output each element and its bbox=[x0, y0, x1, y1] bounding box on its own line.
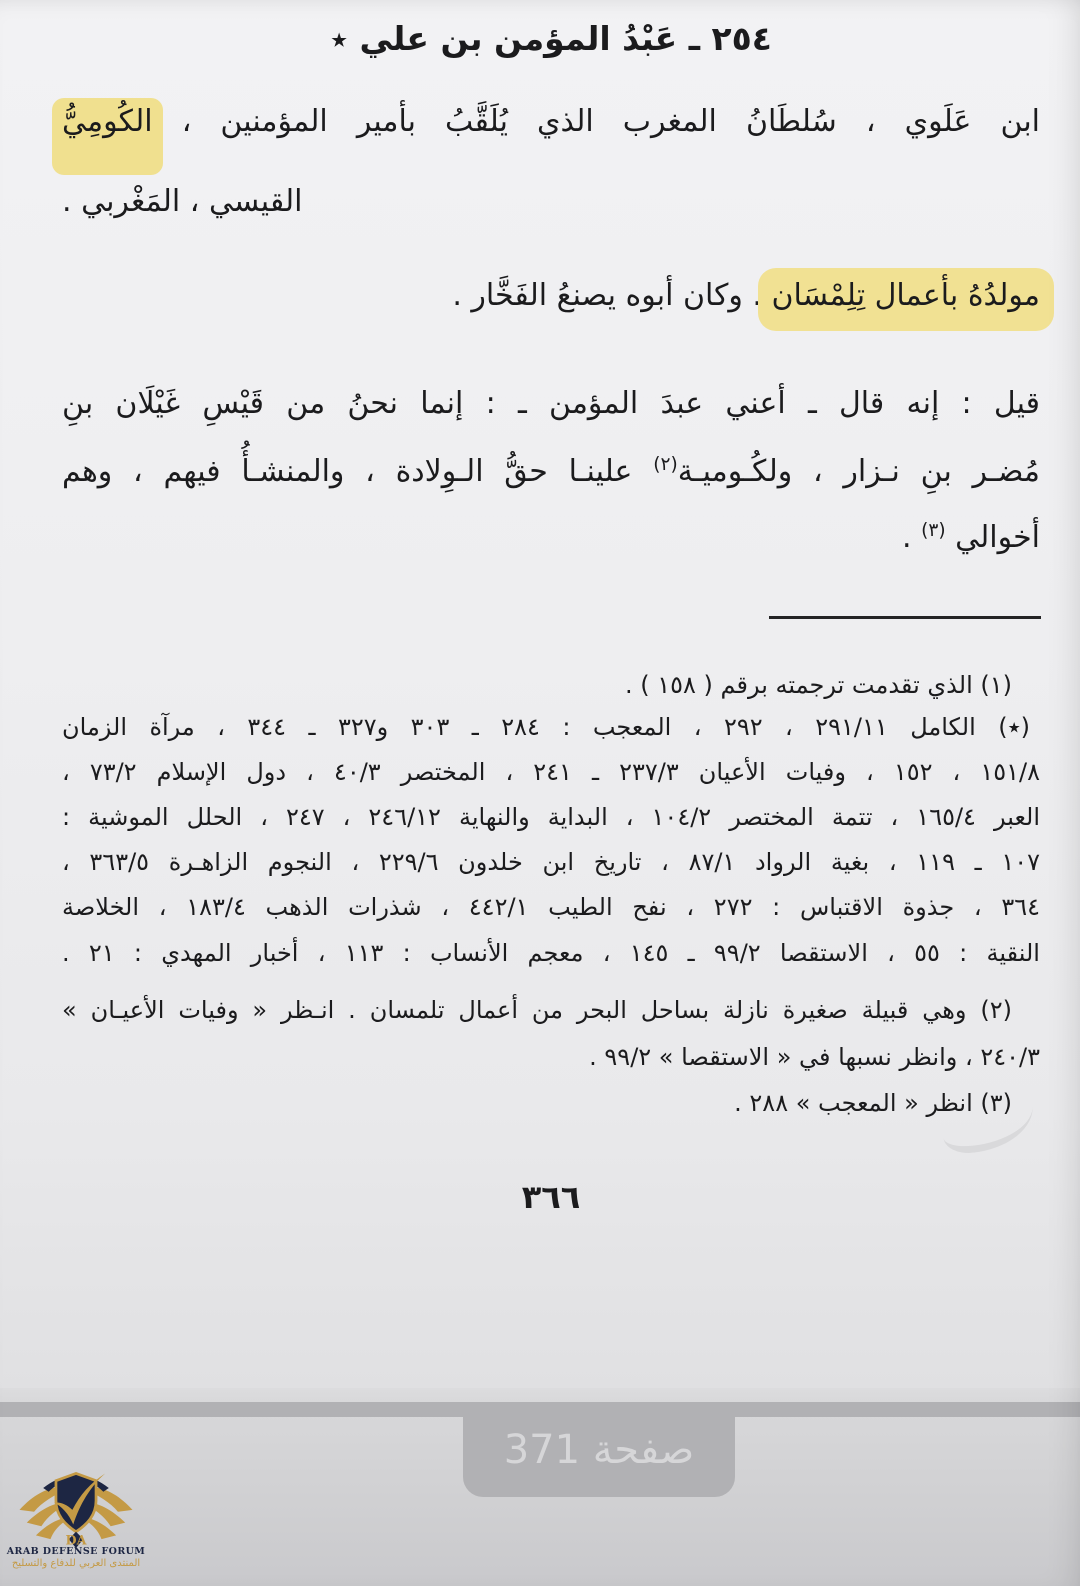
paragraph-line: ابن عَلَوي ، سُلطَانُ المغرب الذي يُلَقَ… bbox=[62, 98, 1040, 146]
footnote-separator bbox=[769, 616, 1041, 619]
footnote-2-line: (٢) وهي قبيلة صغيرة نازلة بساحل البحر من… bbox=[62, 993, 1040, 1028]
defense-forum-logo: DA ARAB DEFENSE FORUM المنتدى العربي للد… bbox=[2, 1468, 150, 1586]
text-run: أخوالي bbox=[946, 520, 1040, 555]
defense-forum-emblem-icon: DA bbox=[15, 1468, 137, 1550]
paragraph-line: أخوالي (٣) . bbox=[62, 514, 1040, 562]
printed-page-number: ٣٦٦ bbox=[62, 1178, 1040, 1216]
footnote-1: (١) الذي تقدمت ترجمته برقم ( ١٥٨ ) . bbox=[62, 668, 1040, 703]
footnote-marker: (٣) bbox=[921, 520, 946, 541]
paragraph-line: القيسي ، المَغْربي . bbox=[62, 178, 1040, 226]
footnote-star-line: ١٥١/٨ ، ١٥٢ ، وفيات الأعيان ٢٣٧/٣ ـ ٢٤١ … bbox=[62, 755, 1040, 790]
paragraph-line: قيل : إنه قال ـ أعني عبدَ المؤمن ـ : إنم… bbox=[62, 380, 1040, 428]
entry-title: ٢٥٤ ـ عَبْدُ المؤمن بن علي ٭ bbox=[62, 16, 1040, 62]
logo-title: ARAB DEFENSE FORUM bbox=[2, 1546, 150, 1557]
page-indicator-label: صفحة 371 bbox=[504, 1427, 695, 1473]
text-run: مُضـر بنِ نـزار ، ولكُـوميـة bbox=[678, 454, 1040, 489]
scanned-book-page: ٢٥٤ ـ عَبْدُ المؤمن بن علي ٭ ابن عَلَوي … bbox=[0, 0, 1080, 1586]
text-run: . وكان أبوه يصنعُ الفَخَّار . bbox=[452, 278, 771, 313]
footnote-star-line: (٭) الكامل ٢٩١/١١ ، ٢٩٢ ، المعجب : ٢٨٤ ـ… bbox=[62, 710, 1040, 745]
footnote-star-line: العبر ١٦٥/٤ ، تتمة المختصر ١٠٤/٢ ، البدا… bbox=[62, 800, 1040, 835]
logo-subtitle: المنتدى العربي للدفاع والتسليح bbox=[2, 1558, 150, 1569]
text-run: . bbox=[902, 520, 921, 555]
footnote-star-line: ٣٦٤ ، جذوة الاقتباس : ٢٧٢ ، نفح الطيب ٤٤… bbox=[62, 890, 1040, 925]
footnote-star-line: النقية : ٥٥ ، الاستقصا ٩٩/٢ ـ ١٤٥ ، معجم… bbox=[62, 936, 1040, 971]
footnote-3: (٣) انظر « المعجب » ٢٨٨ . bbox=[62, 1086, 1040, 1121]
scan-artifact bbox=[939, 1087, 1037, 1155]
highlighted-text: الكُومِيُّ bbox=[52, 98, 163, 175]
highlighted-text: مولدُهُ بأعمال تِلِمْسَان bbox=[758, 268, 1054, 331]
footnote-2-line: ٢٤٠/٣ ، وانظر نسبها في « الاستقصا » ٩٩/٢… bbox=[62, 1040, 1040, 1075]
footnote-marker: (٢) bbox=[653, 454, 678, 475]
paragraph-line: مُضـر بنِ نـزار ، ولكُـوميـة(٢) علينـا ح… bbox=[62, 448, 1040, 496]
page-indicator-tab[interactable]: صفحة 371 bbox=[463, 1402, 735, 1497]
footnote-star-line: ١٠٧ ـ ١١٩ ، بغية الرواد ٨٧/١ ، تاريخ ابن… bbox=[62, 845, 1040, 880]
paragraph-line: مولدُهُ بأعمال تِلِمْسَان . وكان أبوه يص… bbox=[62, 272, 1040, 320]
text-run: علينـا حقُّ الـوِلادة ، والمنشـأُ فيهم ،… bbox=[62, 454, 653, 489]
page-vignette bbox=[0, 0, 1080, 1586]
text-run: ابن عَلَوي ، سُلطَانُ المغرب الذي يُلَقَ… bbox=[153, 104, 1040, 139]
